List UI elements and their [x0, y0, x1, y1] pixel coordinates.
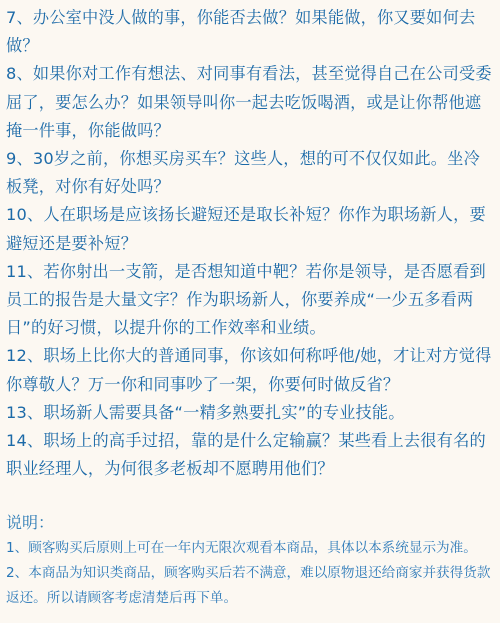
- question-11: 11、若你射出一支箭，是否想知道中靶？若你是领导，是否愿看到员工的报告是大量文字…: [6, 258, 494, 343]
- question-8: 8、如果你对工作有想法、对同事有看法，甚至觉得自己在公司受委屈了，要怎么办？如果…: [6, 60, 494, 145]
- question-14: 14、职场上的高手过招，靠的是什么定输赢？某些看上去很有名的职业经理人，为何很多…: [6, 427, 494, 483]
- question-7: 7、办公室中没人做的事，你能否去做？如果能做，你又要如何去做？: [6, 4, 494, 60]
- document-page: 7、办公室中没人做的事，你能否去做？如果能做，你又要如何去做？ 8、如果你对工作…: [0, 0, 500, 611]
- question-10: 10、人在职场是应该扬长避短还是取长补短？你作为职场新人，要避短还是要补短？: [6, 201, 494, 257]
- note-item-1: 1、顾客购买后原则上可在一年内无限次观看本商品，具体以本系统显示为准。: [6, 536, 494, 561]
- note-item-2: 2、本商品为知识类商品，顾客购买后若不满意，难以原物退还给商家并获得货款返还。所…: [6, 561, 494, 611]
- section-spacer: [6, 483, 494, 510]
- notes-title: 说明：: [6, 510, 494, 536]
- question-9: 9、30岁之前，你想买房买车？这些人，想的可不仅仅如此。坐冷板凳，对你有好处吗？: [6, 145, 494, 201]
- question-12: 12、职场上比你大的普通同事，你该如何称呼他/她，才让对方觉得你尊敬人？万一你和…: [6, 342, 494, 398]
- question-13: 13、职场新人需要具备“一精多熟要扎实”的专业技能。: [6, 399, 494, 427]
